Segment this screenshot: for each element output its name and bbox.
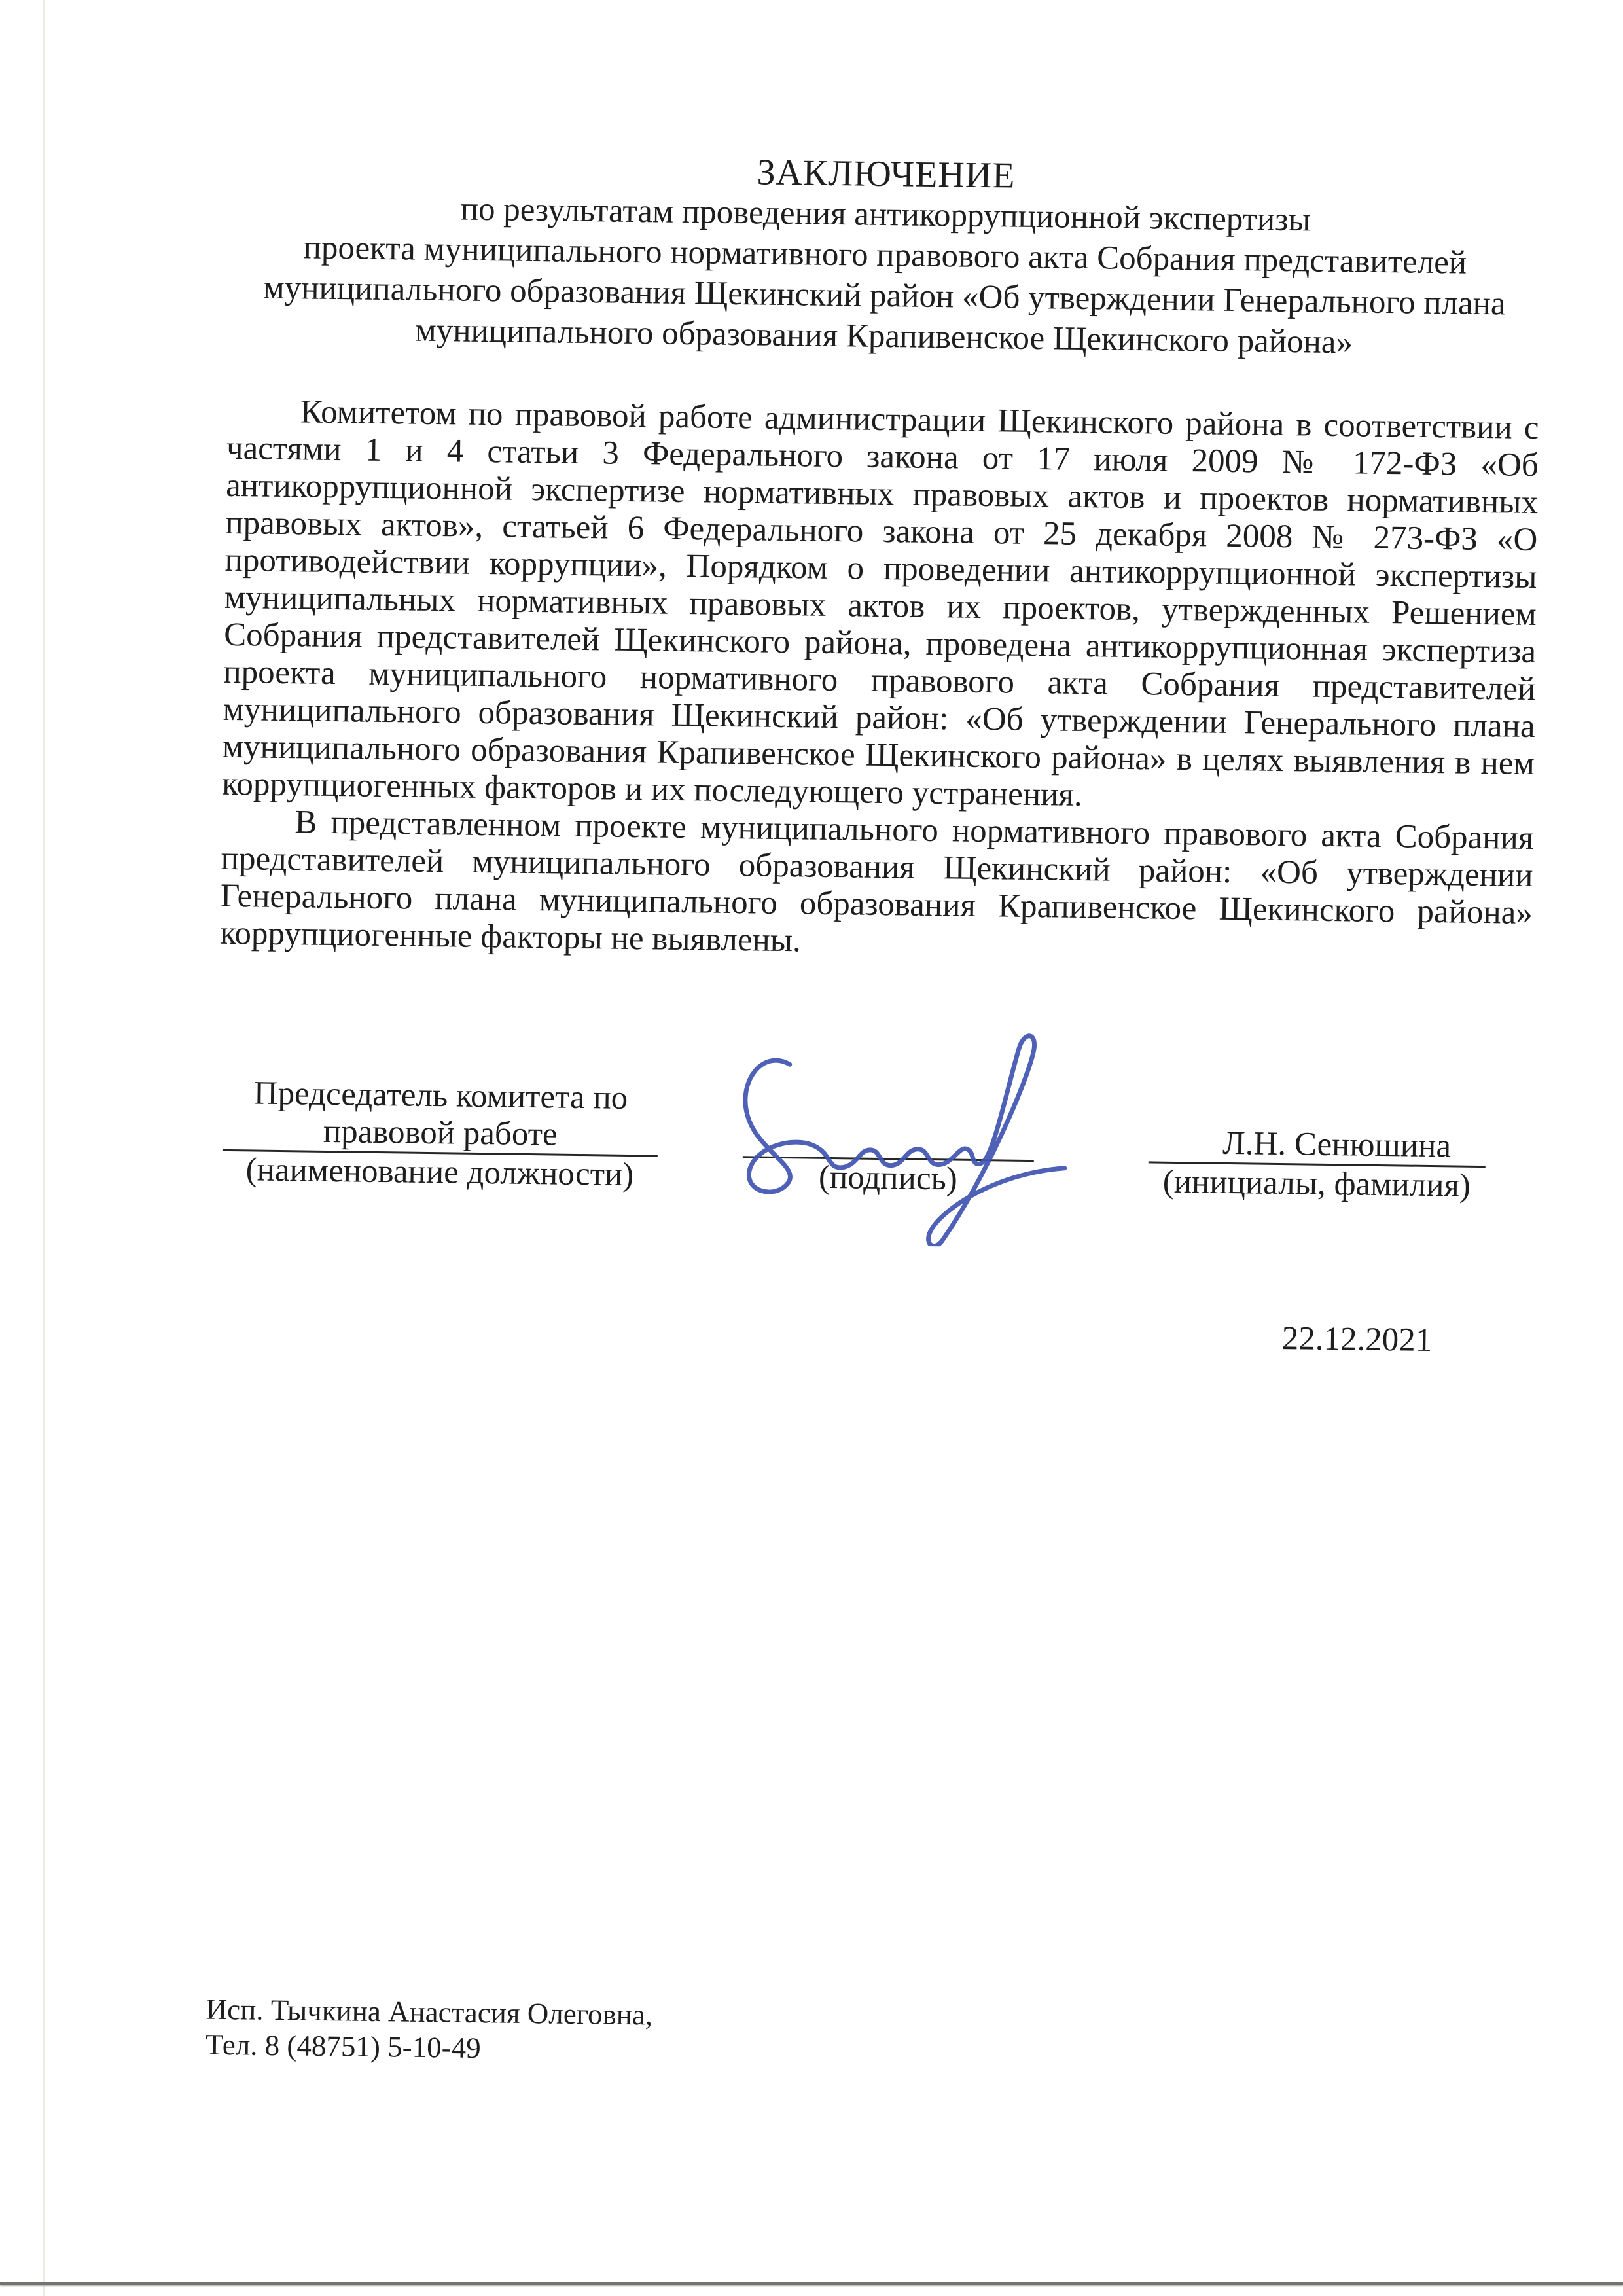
document-date: 22.12.2021 [215, 1306, 1527, 1361]
position-title-line: Председатель комитета по [223, 1075, 659, 1118]
signature-name-column: Л.Н. Сенюшина (инициалы, фамилия) [1148, 1086, 1486, 1205]
signature-line [743, 1081, 1035, 1162]
signature-position-column: Председатель комитета по правовой работе… [222, 1075, 658, 1194]
scan-edge-artifact-bottom [0, 2282, 1623, 2285]
name-caption: (инициалы, фамилия) [1148, 1163, 1486, 1205]
name-spacer [1149, 1086, 1487, 1128]
signature-sign-column: (подпись) [742, 1081, 1035, 1199]
signatory-name: Л.Н. Сенюшина [1149, 1124, 1486, 1168]
executor-block: Исп. Тычкина Анастасия Олеговна, Тел. 8 … [205, 1992, 1518, 2079]
position-title-line: правовой работе [223, 1112, 658, 1157]
document-content: ЗАКЛЮЧЕНИЕ по результатам проведения ант… [205, 0, 1544, 2079]
scanned-document-page: ЗАКЛЮЧЕНИЕ по результатам проведения ант… [0, 0, 1623, 2296]
body-paragraph: В представленном проекте муниципального … [220, 803, 1534, 969]
body-paragraph: Комитетом по правовой работе администрац… [222, 393, 1539, 820]
signature-caption: (подпись) [742, 1158, 1034, 1199]
signature-block: Председатель комитета по правовой работе… [217, 1075, 1530, 1206]
scan-edge-artifact-vertical [43, 0, 45, 2296]
position-caption: (наименование должности) [222, 1151, 658, 1194]
